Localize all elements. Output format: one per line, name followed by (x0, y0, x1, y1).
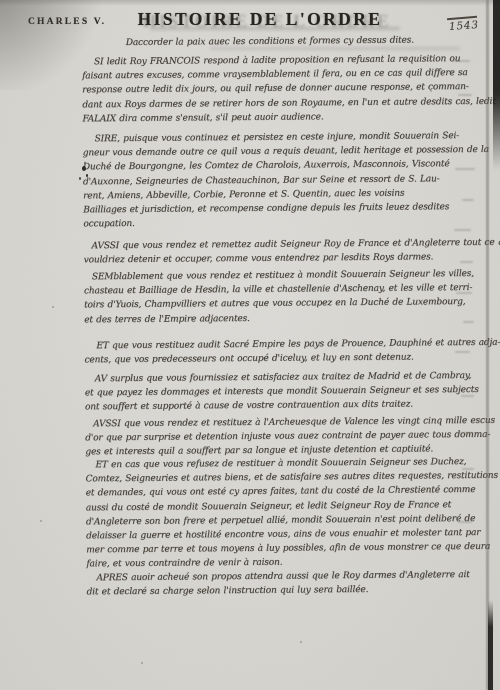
manuscript-line: ont souffert et supporté à cause de vost… (85, 397, 480, 415)
manuscript-scan-page: HISTOIRE DE L'ORDRE CHARLES V. HISTOIRE … (0, 0, 500, 690)
manuscript-line: et des terres de l'Empire adjacentes. (84, 310, 479, 328)
manuscript-paragraph: AV surplus que vous fournissiez et satis… (85, 369, 480, 415)
paper-speck (141, 662, 143, 664)
manuscript-line: Daccorder la paix auec les conditions et… (82, 33, 477, 51)
manuscript-line: dit et declaré sa charge selon l'instruc… (86, 582, 481, 600)
manuscript-paragraph: SI ledit Roy FRANCOIS respond à ladite p… (82, 52, 478, 126)
manuscript-paragraph: SIRE, puisque vous continuez et persiste… (83, 129, 479, 232)
manuscript-paragraph: ET que vous restituez audit Sacré Empire… (84, 336, 479, 368)
manuscript-line: cents, que vos predecesseurs ont occupé … (84, 350, 479, 368)
manuscript-line: vouldriez detenir et occuper, comme vous… (84, 250, 479, 268)
paper-speck (300, 641, 302, 643)
scan-top-edge-shadow (0, 0, 500, 6)
manuscript-paragraph: ET en cas que vous refusez de restituer … (85, 455, 481, 572)
manuscript-paragraph: Daccorder la paix auec les conditions et… (82, 33, 477, 51)
scan-dark-edge-bottom (488, 600, 493, 690)
manuscript-paragraph: APRES auoir acheué son propos attendra a… (86, 568, 481, 600)
scan-corner-shadow (0, 0, 110, 90)
paper-speck (40, 520, 42, 522)
manuscript-paragraph: SEMblablement que vous rendez et restitu… (84, 267, 479, 327)
paper-speck (52, 306, 54, 308)
scan-dark-edge-top (493, 0, 500, 170)
scan-binding-seam (486, 0, 489, 690)
paper-speck (430, 90, 432, 92)
manuscript-line: FALAIX dira comme s'ensuit, s'il peut au… (82, 109, 477, 127)
manuscript-paragraph: AVSSI que vous rendez et restituez à l'A… (85, 414, 480, 460)
manuscript-paragraph: AVSSI que vous rendez et remettez audit … (83, 236, 478, 268)
manuscript-body: Daccorder la paix auec les conditions et… (81, 0, 482, 690)
marginal-ink-blot (82, 166, 86, 171)
